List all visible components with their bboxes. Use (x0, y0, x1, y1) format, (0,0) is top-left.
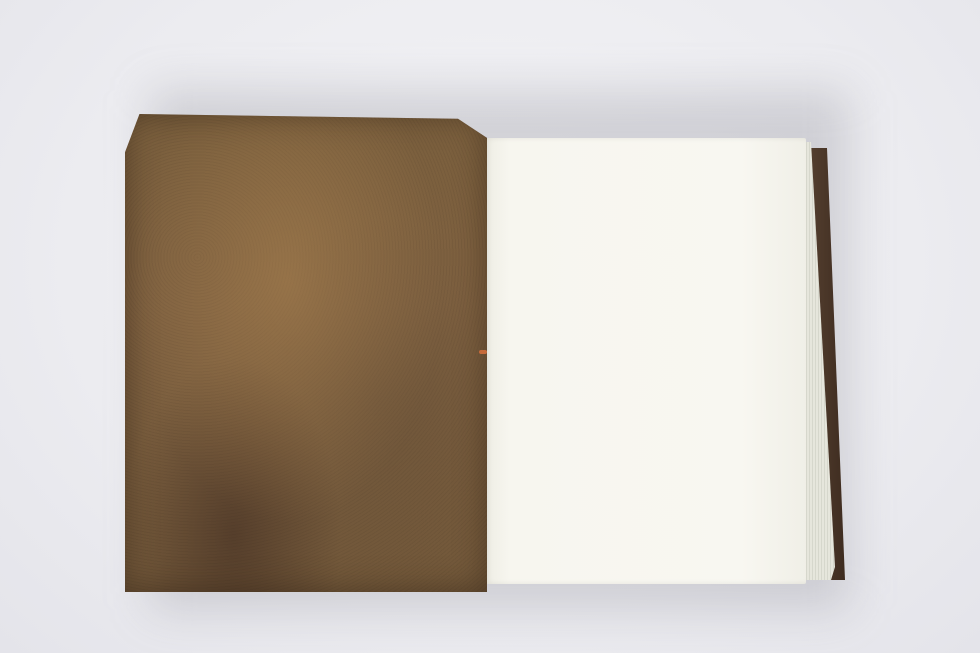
left-inner-cover (125, 114, 487, 592)
photo-scene (0, 0, 980, 653)
right-blank-page (484, 138, 806, 584)
spine-stitch (479, 350, 487, 354)
